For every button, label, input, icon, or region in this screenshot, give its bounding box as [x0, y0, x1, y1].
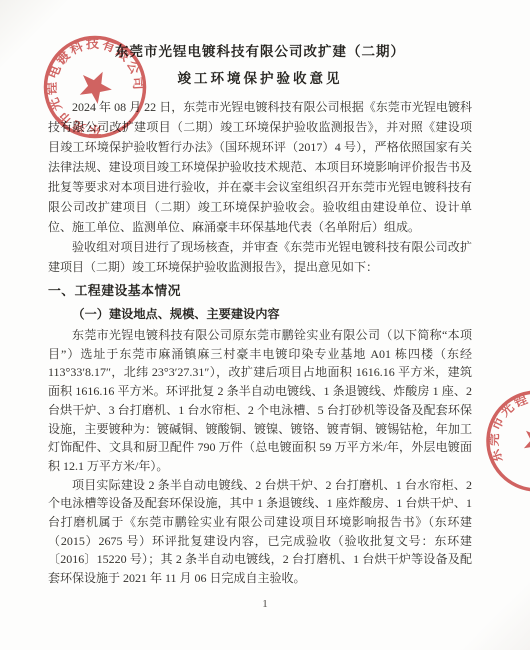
section-heading-construction-overview: 一、工程建设基本情况: [48, 281, 472, 301]
paragraph-review-opinion: 验收组对项目进行了现场核查，并审查《东莞市光锃电镀科技有限公司改扩建项目（二期）…: [48, 237, 472, 277]
document-page: 东莞市光锃电镀科技有限公司改扩建（二期） 竣工环境保护验收意见 2024 年 0…: [0, 0, 530, 650]
seal-star-icon: [519, 421, 530, 458]
paragraph-project-location-content: 东莞市光锃电镀科技有限公司原东莞市鹏铨实业有限公司（以下简称“本项目”）选址于东…: [48, 326, 472, 476]
seal-star-icon: [72, 64, 117, 109]
company-seal-stamp-right: 东莞市光锃电镀科技有限公司: [468, 372, 530, 510]
page-number: 1: [0, 598, 530, 610]
seal-company-text: 东莞市光锃电镀科技有限公司: [474, 373, 530, 500]
subsection-heading-location-scale: （一）建设地点、规模、主要建设内容: [48, 304, 472, 324]
paragraph-actual-construction: 项目实际建设 2 条半自动电镀线、2 台烘干炉、2 台打磨机、1 台水帘柜、2 …: [48, 476, 472, 588]
